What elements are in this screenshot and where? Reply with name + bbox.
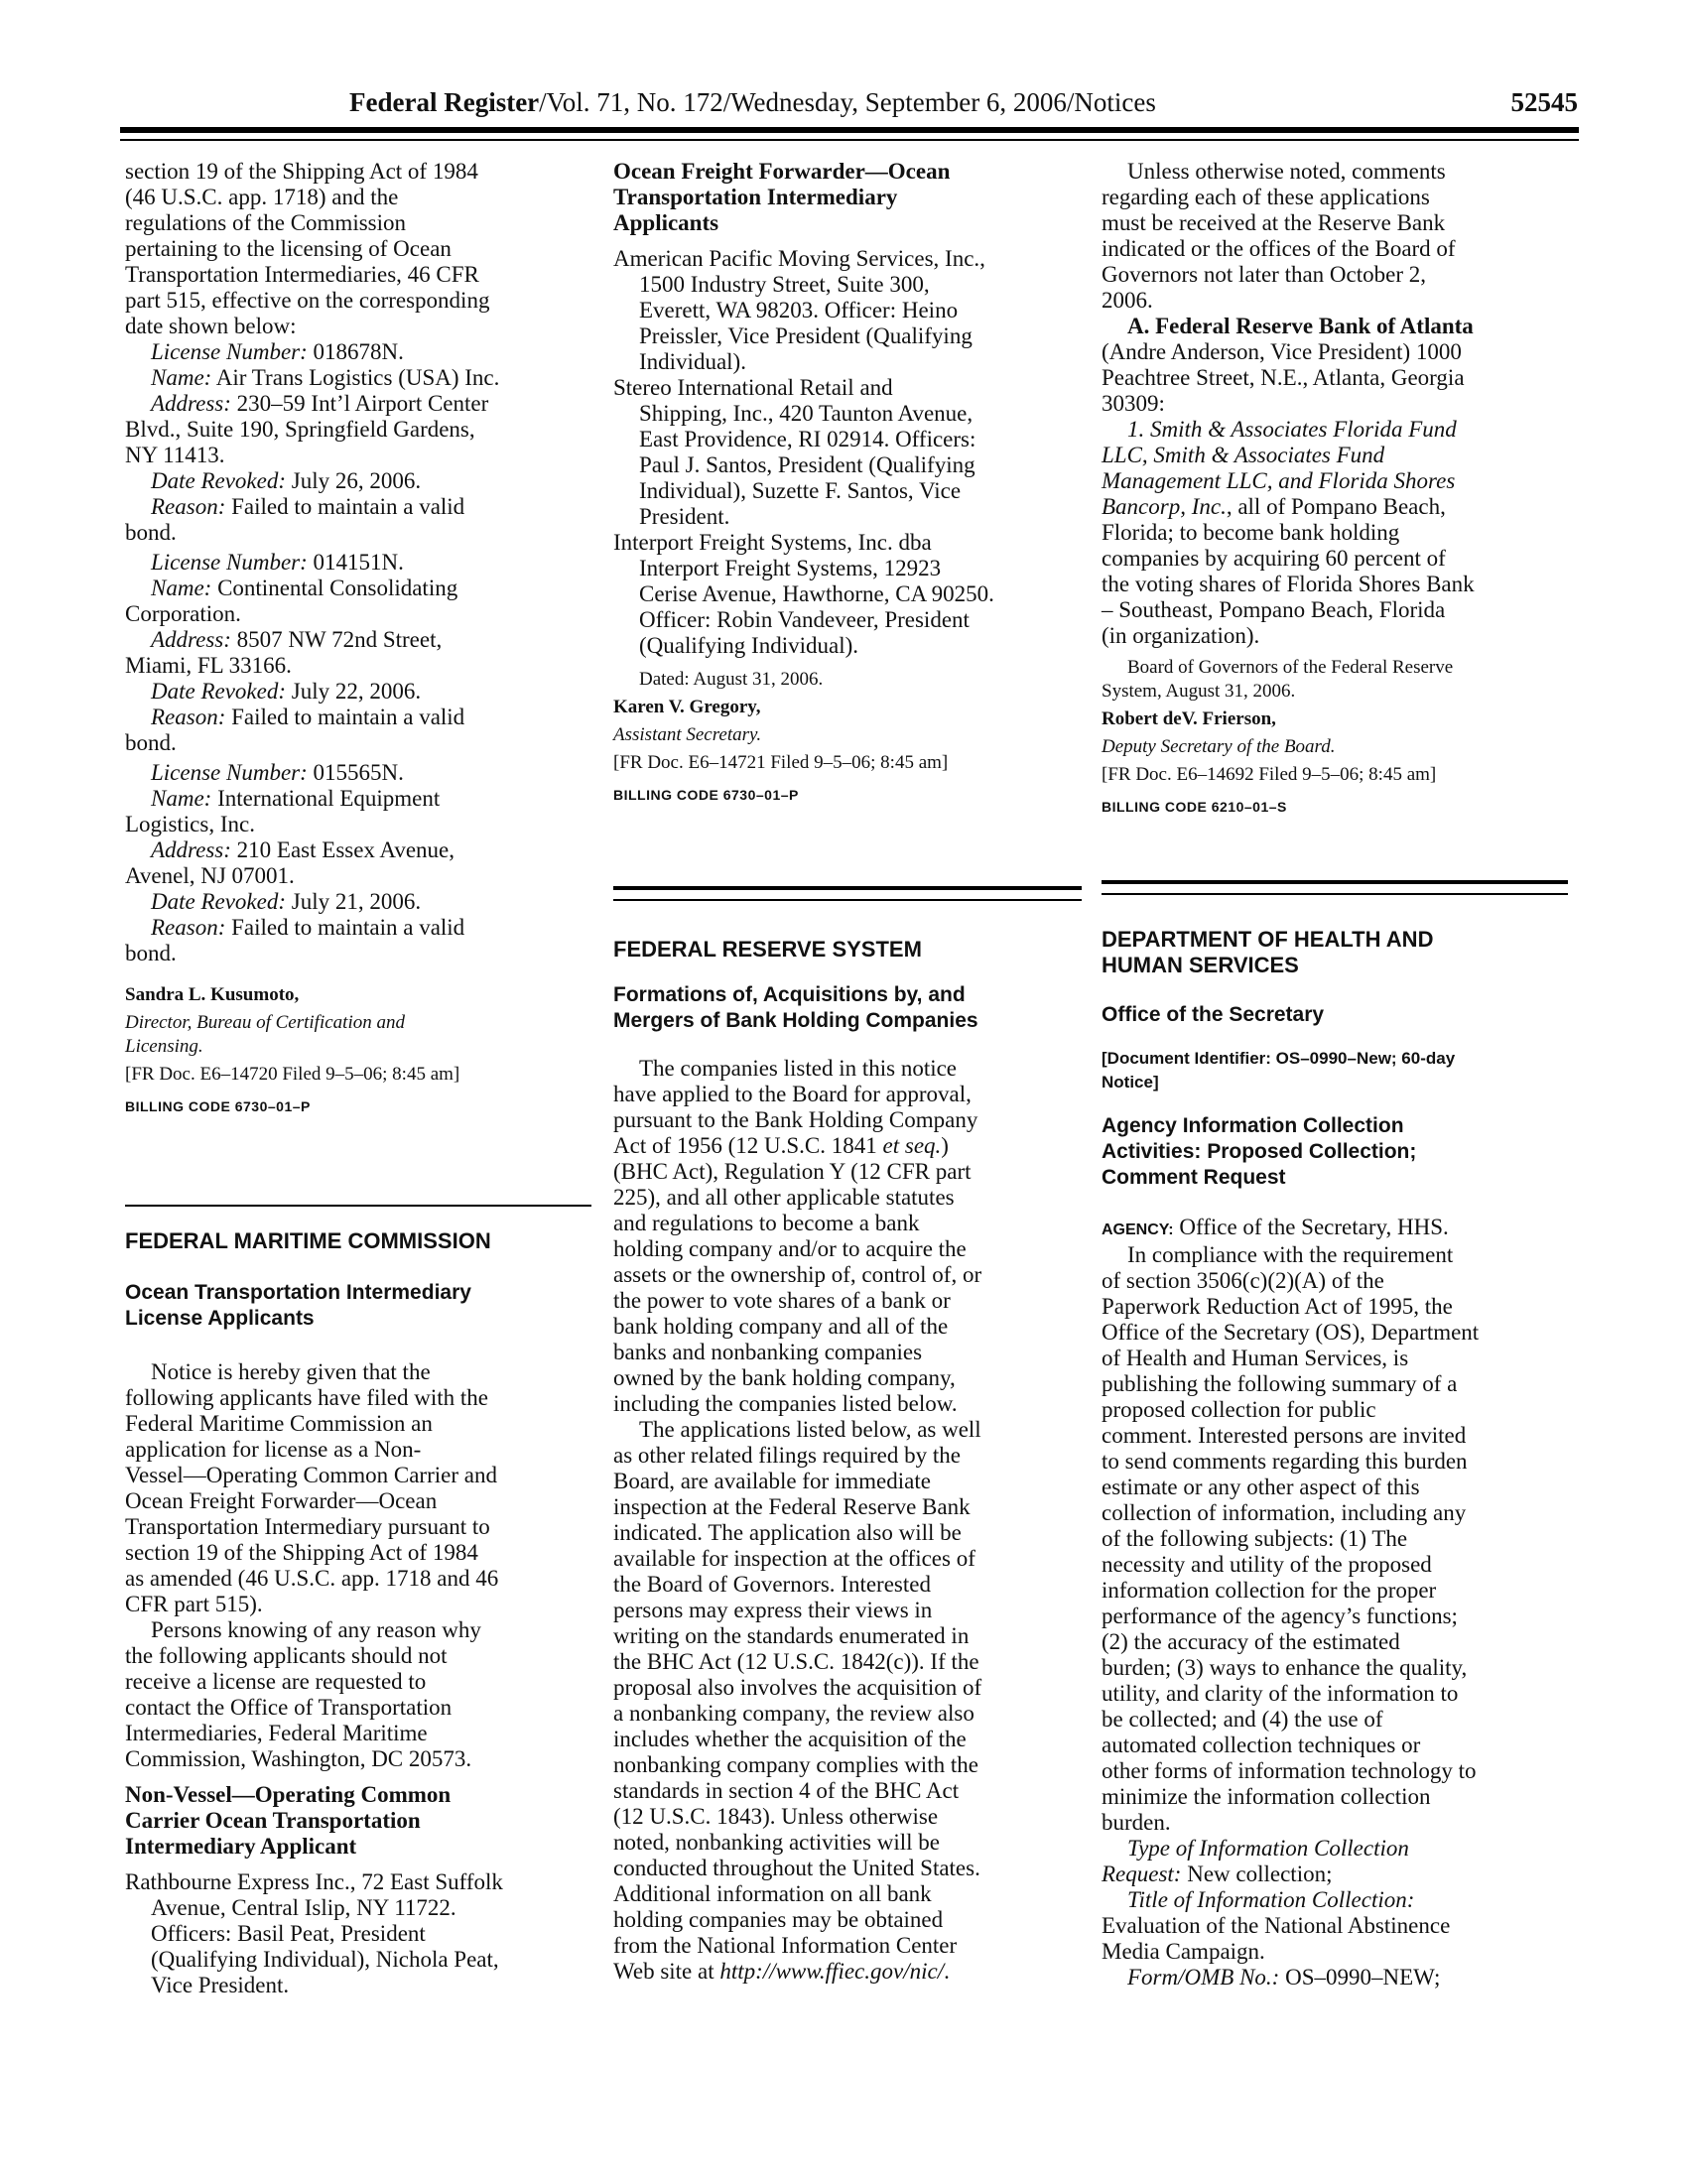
- applicant-line: Shipping, Inc., 420 Taunton Avenue,: [613, 401, 973, 427]
- body-line: necessity and utility of the proposed: [1102, 1552, 1432, 1578]
- body-line: of Health and Human Services, is: [1102, 1346, 1408, 1371]
- body-line: other forms of information technology to: [1102, 1758, 1477, 1784]
- body-line: regulations of the Commission: [125, 210, 406, 236]
- body-text: Act of 1956 (12 U.S.C. 1841: [613, 1133, 883, 1158]
- body-line: of the following subjects: (1) The: [1102, 1526, 1407, 1552]
- applicant-line: Cerise Avenue, Hawthorne, CA 90250.: [613, 581, 994, 607]
- body-line: bank holding company and all of the: [613, 1314, 948, 1340]
- name-label: Name:: [151, 365, 211, 390]
- office-heading: Office of the Secretary: [1102, 1002, 1324, 1028]
- body-line: must be received at the Reserve Bank: [1102, 210, 1445, 236]
- applicant-line: President.: [613, 504, 729, 530]
- license-label: License Number:: [151, 339, 308, 364]
- dated-line: Dated: August 31, 2006.: [613, 667, 823, 693]
- body-text: Web site at: [613, 1959, 719, 1984]
- body-line: and regulations to become a bank: [613, 1211, 919, 1236]
- applicant-line: Avenue, Central Islip, NY 11722.: [125, 1895, 456, 1921]
- body-line: assets or the ownership of, control of, …: [613, 1262, 981, 1288]
- body-line: conducted throughout the United States.: [613, 1856, 980, 1881]
- applicant-line: 1500 Industry Street, Suite 300,: [613, 272, 930, 298]
- reserve-bank-name: A. Federal Reserve Bank of Atlanta: [1102, 314, 1474, 339]
- body-line: information collection for the proper: [1102, 1578, 1436, 1604]
- subheading: Ocean Freight Forwarder—Ocean: [613, 159, 950, 185]
- body-line: Peachtree Street, N.E., Atlanta, Georgia: [1102, 365, 1465, 391]
- name-label: Name:: [151, 576, 211, 600]
- date-revoked-value: July 22, 2006.: [286, 679, 421, 704]
- body-line: bond.: [125, 520, 177, 546]
- body-line: 225), and all other applicable statutes: [613, 1185, 955, 1211]
- type-label: Type of Information Collection: [1102, 1836, 1409, 1862]
- form-label: Form/OMB No.:: [1127, 1965, 1279, 1990]
- reason-value: Failed to maintain a valid: [225, 915, 464, 940]
- body-line: companies by acquiring 60 percent of: [1102, 546, 1446, 572]
- date-revoked-value: July 26, 2006.: [286, 468, 421, 493]
- applicant-line: American Pacific Moving Services, Inc.,: [613, 246, 985, 272]
- body-line: comment. Interested persons are invited: [1102, 1423, 1466, 1449]
- section-divider: [125, 1205, 591, 1207]
- date-revoked-label: Date Revoked:: [151, 889, 286, 914]
- body-line: Logistics, Inc.: [125, 812, 255, 837]
- applicant-line: Paul J. Santos, President (Qualifying: [613, 452, 975, 478]
- body-line: bond.: [125, 941, 177, 966]
- body-line: Notice is hereby given that the: [125, 1359, 431, 1385]
- applicant-name: Bancorp, Inc.: [1102, 494, 1227, 519]
- body-line: performance of the agency’s functions;: [1102, 1604, 1458, 1629]
- publication-name: Federal Register: [349, 87, 539, 117]
- billing-code: BILLING CODE 6730–01–P: [125, 1093, 311, 1119]
- applicant-line: Interport Freight Systems, Inc. dba: [613, 530, 932, 556]
- body-line: contact the Office of Transportation: [125, 1695, 452, 1721]
- body-line: holding companies may be obtained: [613, 1907, 943, 1933]
- title-value: Evaluation of the National Abstinence: [1102, 1913, 1450, 1939]
- body-line: In compliance with the requirement: [1102, 1242, 1453, 1268]
- applicant-line: Individual), Suzette F. Santos, Vice: [613, 478, 961, 504]
- license-value: 015565N.: [308, 760, 404, 785]
- publication-line: Federal Register/Vol. 71, No. 172/Wednes…: [349, 87, 1156, 118]
- body-line: holding company and/or to acquire the: [613, 1236, 967, 1262]
- body-line: inspection at the Federal Reserve Bank: [613, 1494, 971, 1520]
- reason-row: Reason: Failed to maintain a valid: [125, 705, 464, 730]
- body-line: publishing the following summary of a: [1102, 1371, 1457, 1397]
- body-line: owned by the bank holding company,: [613, 1365, 956, 1391]
- address-row: Address: 210 East Essex Avenue,: [125, 837, 454, 863]
- applicant-line: (Qualifying Individual).: [613, 633, 858, 659]
- form-value: OS–0990–NEW;: [1279, 1965, 1440, 1990]
- body-line: the Board of Governors. Interested: [613, 1572, 931, 1598]
- body-line: date shown below:: [125, 314, 296, 339]
- name-value: Continental Consolidating: [211, 576, 457, 600]
- name-label: Name:: [151, 786, 211, 811]
- body-line: (46 U.S.C. app. 1718) and the: [125, 185, 398, 210]
- subheading: Intermediary Applicant: [125, 1834, 356, 1860]
- body-line: burden; (3) ways to enhance the quality,: [1102, 1655, 1467, 1681]
- body-line: Avenel, NJ 07001.: [125, 863, 295, 889]
- title-value: Media Campaign.: [1102, 1939, 1265, 1965]
- body-line: Florida; to become bank holding: [1102, 520, 1399, 546]
- applicant-line: Stereo International Retail and: [613, 375, 893, 401]
- signer-title: Licensing.: [125, 1034, 203, 1060]
- applicant-line: Individual).: [613, 349, 746, 375]
- signer-title: Deputy Secretary of the Board.: [1102, 734, 1336, 760]
- body-line: indicated. The application also will be: [613, 1520, 962, 1546]
- fr-doc-line: [FR Doc. E6–14692 Filed 9–5–06; 8:45 am]: [1102, 762, 1436, 788]
- name-row: Name: Air Trans Logistics (USA) Inc.: [125, 365, 499, 391]
- license-label: License Number:: [151, 760, 308, 785]
- agency-heading: DEPARTMENT OF HEALTH AND: [1102, 927, 1433, 953]
- name-row: Name: International Equipment: [125, 786, 440, 812]
- body-line: the voting shares of Florida Shores Bank: [1102, 572, 1475, 597]
- body-line: includes whether the acquisition of the: [613, 1727, 967, 1752]
- body-line: (2) the accuracy of the estimated: [1102, 1629, 1400, 1655]
- subject-heading: Activities: Proposed Collection;: [1102, 1139, 1416, 1165]
- date-revoked-row: Date Revoked: July 22, 2006.: [125, 679, 421, 705]
- board-line: Board of Governors of the Federal Reserv…: [1102, 655, 1453, 681]
- body-line: estimate or any other aspect of this: [1102, 1475, 1420, 1500]
- body-line: nonbanking company complies with the: [613, 1752, 978, 1778]
- signer-title: Director, Bureau of Certification and: [125, 1010, 405, 1036]
- body-line: to send comments regarding this burden: [1102, 1449, 1468, 1475]
- body-line: including the companies listed below.: [613, 1391, 958, 1417]
- reason-row: Reason: Failed to maintain a valid: [125, 915, 464, 941]
- type-value: New collection;: [1181, 1862, 1332, 1886]
- body-line: Board, are available for immediate: [613, 1469, 931, 1494]
- et-seq: et seq.: [883, 1133, 942, 1158]
- license-value: 014151N.: [308, 550, 404, 575]
- body-line: receive a license are requested to: [125, 1669, 426, 1695]
- signer-title: Assistant Secretary.: [613, 722, 761, 748]
- header-rule-thick: [120, 127, 1579, 133]
- body-line: 30309:: [1102, 391, 1165, 417]
- address-label: Address:: [151, 627, 231, 652]
- form-row: Form/OMB No.: OS–0990–NEW;: [1102, 1965, 1440, 1991]
- agency-value: Office of the Secretary, HHS.: [1174, 1215, 1449, 1239]
- address-value: 230–59 Int’l Airport Center: [231, 391, 488, 416]
- address-label: Address:: [151, 391, 231, 416]
- body-line: application for license as a Non-: [125, 1437, 421, 1463]
- body-line: Additional information on all bank: [613, 1881, 932, 1907]
- body-line: part 515, effective on the corresponding: [125, 288, 489, 314]
- section-divider-thin: [1102, 893, 1568, 895]
- applicant-line: Interport Freight Systems, 12923: [613, 556, 941, 581]
- body-line: the power to vote shares of a bank or: [613, 1288, 951, 1314]
- body-line: burden.: [1102, 1810, 1171, 1836]
- fr-doc-line: [FR Doc. E6–14720 Filed 9–5–06; 8:45 am]: [125, 1062, 459, 1088]
- agency-line: AGENCY: Office of the Secretary, HHS.: [1102, 1215, 1449, 1243]
- body-line: proposal also involves the acquisition o…: [613, 1675, 981, 1701]
- license-value: 018678N.: [308, 339, 404, 364]
- title-label: Title of Information Collection:: [1102, 1887, 1414, 1913]
- body-line: Ocean Freight Forwarder—Ocean: [125, 1488, 437, 1514]
- body-line: Commission, Washington, DC 20573.: [125, 1746, 471, 1772]
- body-line: (Andre Anderson, Vice President) 1000: [1102, 339, 1462, 365]
- page-header: Federal Register/Vol. 71, No. 172/Wednes…: [119, 87, 1578, 127]
- signer-name: Karen V. Gregory,: [613, 695, 760, 720]
- license-number-row: License Number: 018678N.: [125, 339, 404, 365]
- body-line: noted, nonbanking activities will be: [613, 1830, 940, 1856]
- subject-heading: Mergers of Bank Holding Companies: [613, 1008, 978, 1034]
- document-identifier: [Document Identifier: OS–0990–New; 60-da…: [1102, 1046, 1455, 1072]
- body-line: Transportation Intermediary pursuant to: [125, 1514, 490, 1540]
- body-line: indicated or the offices of the Board of: [1102, 236, 1456, 262]
- reason-value: Failed to maintain a valid: [225, 705, 464, 729]
- body-line: banks and nonbanking companies: [613, 1340, 922, 1365]
- body-line: (BHC Act), Regulation Y (12 CFR part: [613, 1159, 972, 1185]
- body-line: Governors not later than October 2,: [1102, 262, 1426, 288]
- date-revoked-value: July 21, 2006.: [286, 889, 421, 914]
- body-text: .: [944, 1959, 950, 1984]
- body-line: 2006.: [1102, 288, 1153, 314]
- agency-heading: FEDERAL MARITIME COMMISSION: [125, 1228, 491, 1254]
- applicant-line: Officers: Basil Peat, President: [125, 1921, 426, 1947]
- applicant-name: 1. Smith & Associates Florida Fund: [1102, 417, 1457, 443]
- body-line: Federal Maritime Commission an: [125, 1411, 433, 1437]
- body-line: section 19 of the Shipping Act of 1984: [125, 159, 478, 185]
- body-line: (12 U.S.C. 1843). Unless otherwise: [613, 1804, 938, 1830]
- billing-code: BILLING CODE 6730–01–P: [613, 782, 799, 808]
- license-number-row: License Number: 015565N.: [125, 760, 404, 786]
- body-line: Transportation Intermediaries, 46 CFR: [125, 262, 479, 288]
- body-line: The applications listed below, as well: [613, 1417, 981, 1443]
- subject-heading: Agency Information Collection: [1102, 1113, 1404, 1139]
- subject-heading: Formations of, Acquisitions by, and: [613, 982, 966, 1008]
- body-line: (in organization).: [1102, 623, 1259, 649]
- body-line: Corporation.: [125, 601, 241, 627]
- body-line: section 19 of the Shipping Act of 1984: [125, 1540, 478, 1566]
- reason-label: Reason:: [151, 915, 225, 940]
- issue-info: /Vol. 71, No. 172/Wednesday, September 6…: [539, 87, 1156, 117]
- body-line: be collected; and (4) the use of: [1102, 1707, 1383, 1733]
- body-line: Persons knowing of any reason why: [125, 1617, 481, 1643]
- body-line: Vessel—Operating Common Carrier and: [125, 1463, 497, 1488]
- reason-label: Reason:: [151, 494, 225, 519]
- type-label: Request:: [1102, 1862, 1181, 1886]
- agency-heading: HUMAN SERVICES: [1102, 953, 1299, 978]
- body-line: following applicants have filed with the: [125, 1385, 488, 1411]
- reason-value: Failed to maintain a valid: [225, 494, 464, 519]
- subject-heading: Comment Request: [1102, 1165, 1286, 1191]
- name-value: International Equipment: [211, 786, 440, 811]
- body-line: a nonbanking company, the review also: [613, 1701, 974, 1727]
- body-line: proposed collection for public: [1102, 1397, 1376, 1423]
- document-identifier: Notice]: [1102, 1070, 1159, 1095]
- body-line: minimize the information collection: [1102, 1784, 1431, 1810]
- agency-heading: FEDERAL RESERVE SYSTEM: [613, 937, 922, 963]
- body-text: , all of Pompano Beach,: [1227, 494, 1446, 519]
- address-row: Address: 230–59 Int’l Airport Center: [125, 391, 488, 417]
- applicant-line: Officer: Robin Vandeveer, President: [613, 607, 970, 633]
- applicant-line: Everett, WA 98203. Officer: Heino: [613, 298, 958, 323]
- body-text: ): [941, 1133, 949, 1158]
- body-line: Bancorp, Inc., all of Pompano Beach,: [1102, 494, 1446, 520]
- subject-heading: Ocean Transportation Intermediary: [125, 1280, 471, 1306]
- address-label: Address:: [151, 837, 231, 862]
- applicant-name: Management LLC, and Florida Shores: [1102, 468, 1455, 494]
- body-line: collection of information, including any: [1102, 1500, 1466, 1526]
- address-row: Address: 8507 NW 72nd Street,: [125, 627, 442, 653]
- body-line: the BHC Act (12 U.S.C. 1842(c)). If the: [613, 1649, 979, 1675]
- applicant-line: Vice President.: [125, 1973, 289, 1998]
- body-line: The companies listed in this notice: [613, 1056, 957, 1082]
- reason-row: Reason: Failed to maintain a valid: [125, 494, 464, 520]
- billing-code: BILLING CODE 6210–01–S: [1102, 794, 1287, 820]
- body-line: available for inspection at the offices …: [613, 1546, 975, 1572]
- address-value: 8507 NW 72nd Street,: [231, 627, 442, 652]
- applicant-line: (Qualifying Individual), Nichola Peat,: [125, 1947, 499, 1973]
- body-line: Paperwork Reduction Act of 1995, the: [1102, 1294, 1453, 1320]
- section-divider-thick: [1102, 880, 1568, 884]
- subheading: Transportation Intermediary: [613, 185, 897, 210]
- body-line: writing on the standards enumerated in: [613, 1623, 969, 1649]
- agency-label: AGENCY:: [1102, 1221, 1174, 1238]
- subheading: Carrier Ocean Transportation: [125, 1808, 421, 1834]
- applicant-line: Rathbourne Express Inc., 72 East Suffolk: [125, 1869, 503, 1895]
- body-line: utility, and clarity of the information …: [1102, 1681, 1458, 1707]
- header-rule-thin: [120, 139, 1579, 141]
- license-label: License Number:: [151, 550, 308, 575]
- body-line: Miami, FL 33166.: [125, 653, 292, 679]
- date-revoked-row: Date Revoked: July 21, 2006.: [125, 889, 421, 915]
- fr-doc-line: [FR Doc. E6–14721 Filed 9–5–06; 8:45 am]: [613, 750, 948, 776]
- body-line: – Southeast, Pompano Beach, Florida: [1102, 597, 1445, 623]
- body-line: CFR part 515).: [125, 1592, 263, 1617]
- body-line: Intermediaries, Federal Maritime: [125, 1721, 428, 1746]
- page-number: 52545: [1511, 87, 1579, 118]
- body-line: Blvd., Suite 190, Springfield Gardens,: [125, 417, 475, 443]
- board-line: System, August 31, 2006.: [1102, 679, 1295, 705]
- license-number-row: License Number: 014151N.: [125, 550, 404, 576]
- body-line: Office of the Secretary (OS), Department: [1102, 1320, 1479, 1346]
- body-line: of section 3506(c)(2)(A) of the: [1102, 1268, 1384, 1294]
- subheading: Applicants: [613, 210, 718, 236]
- body-line: persons may express their views in: [613, 1598, 932, 1623]
- section-divider-thick: [613, 886, 1082, 890]
- body-line: from the National Information Center: [613, 1933, 957, 1959]
- subheading: Non-Vessel—Operating Common: [125, 1782, 451, 1808]
- body-line: automated collection techniques or: [1102, 1733, 1420, 1758]
- body-line: as other related filings required by the: [613, 1443, 961, 1469]
- body-line: Act of 1956 (12 U.S.C. 1841 et seq.): [613, 1133, 949, 1159]
- applicant-line: Preissler, Vice President (Qualifying: [613, 323, 973, 349]
- section-divider-thin: [613, 899, 1082, 901]
- reason-label: Reason:: [151, 705, 225, 729]
- date-revoked-label: Date Revoked:: [151, 679, 286, 704]
- body-line: pertaining to the licensing of Ocean: [125, 236, 452, 262]
- date-revoked-row: Date Revoked: July 26, 2006.: [125, 468, 421, 494]
- body-line: the following applicants should not: [125, 1643, 448, 1669]
- body-line: Unless otherwise noted, comments: [1102, 159, 1446, 185]
- name-value: Air Trans Logistics (USA) Inc.: [211, 365, 499, 390]
- applicant-line: East Providence, RI 02914. Officers:: [613, 427, 975, 452]
- body-line: pursuant to the Bank Holding Company: [613, 1107, 977, 1133]
- body-line: bond.: [125, 730, 177, 756]
- address-value: 210 East Essex Avenue,: [231, 837, 454, 862]
- nic-website-link[interactable]: http://www.ffiec.gov/nic/: [719, 1959, 944, 1984]
- body-line: Web site at http://www.ffiec.gov/nic/.: [613, 1959, 950, 1985]
- body-line: standards in section 4 of the BHC Act: [613, 1778, 959, 1804]
- body-line: have applied to the Board for approval,: [613, 1082, 972, 1107]
- body-line: as amended (46 U.S.C. app. 1718 and 46: [125, 1566, 498, 1592]
- applicant-name: LLC, Smith & Associates Fund: [1102, 443, 1384, 468]
- signer-name: Robert deV. Frierson,: [1102, 707, 1276, 732]
- date-revoked-label: Date Revoked:: [151, 468, 286, 493]
- body-line: regarding each of these applications: [1102, 185, 1430, 210]
- signer-name: Sandra L. Kusumoto,: [125, 982, 299, 1008]
- name-row: Name: Continental Consolidating: [125, 576, 457, 601]
- type-row: Request: New collection;: [1102, 1862, 1332, 1887]
- subject-heading: License Applicants: [125, 1306, 315, 1332]
- body-line: NY 11413.: [125, 443, 225, 468]
